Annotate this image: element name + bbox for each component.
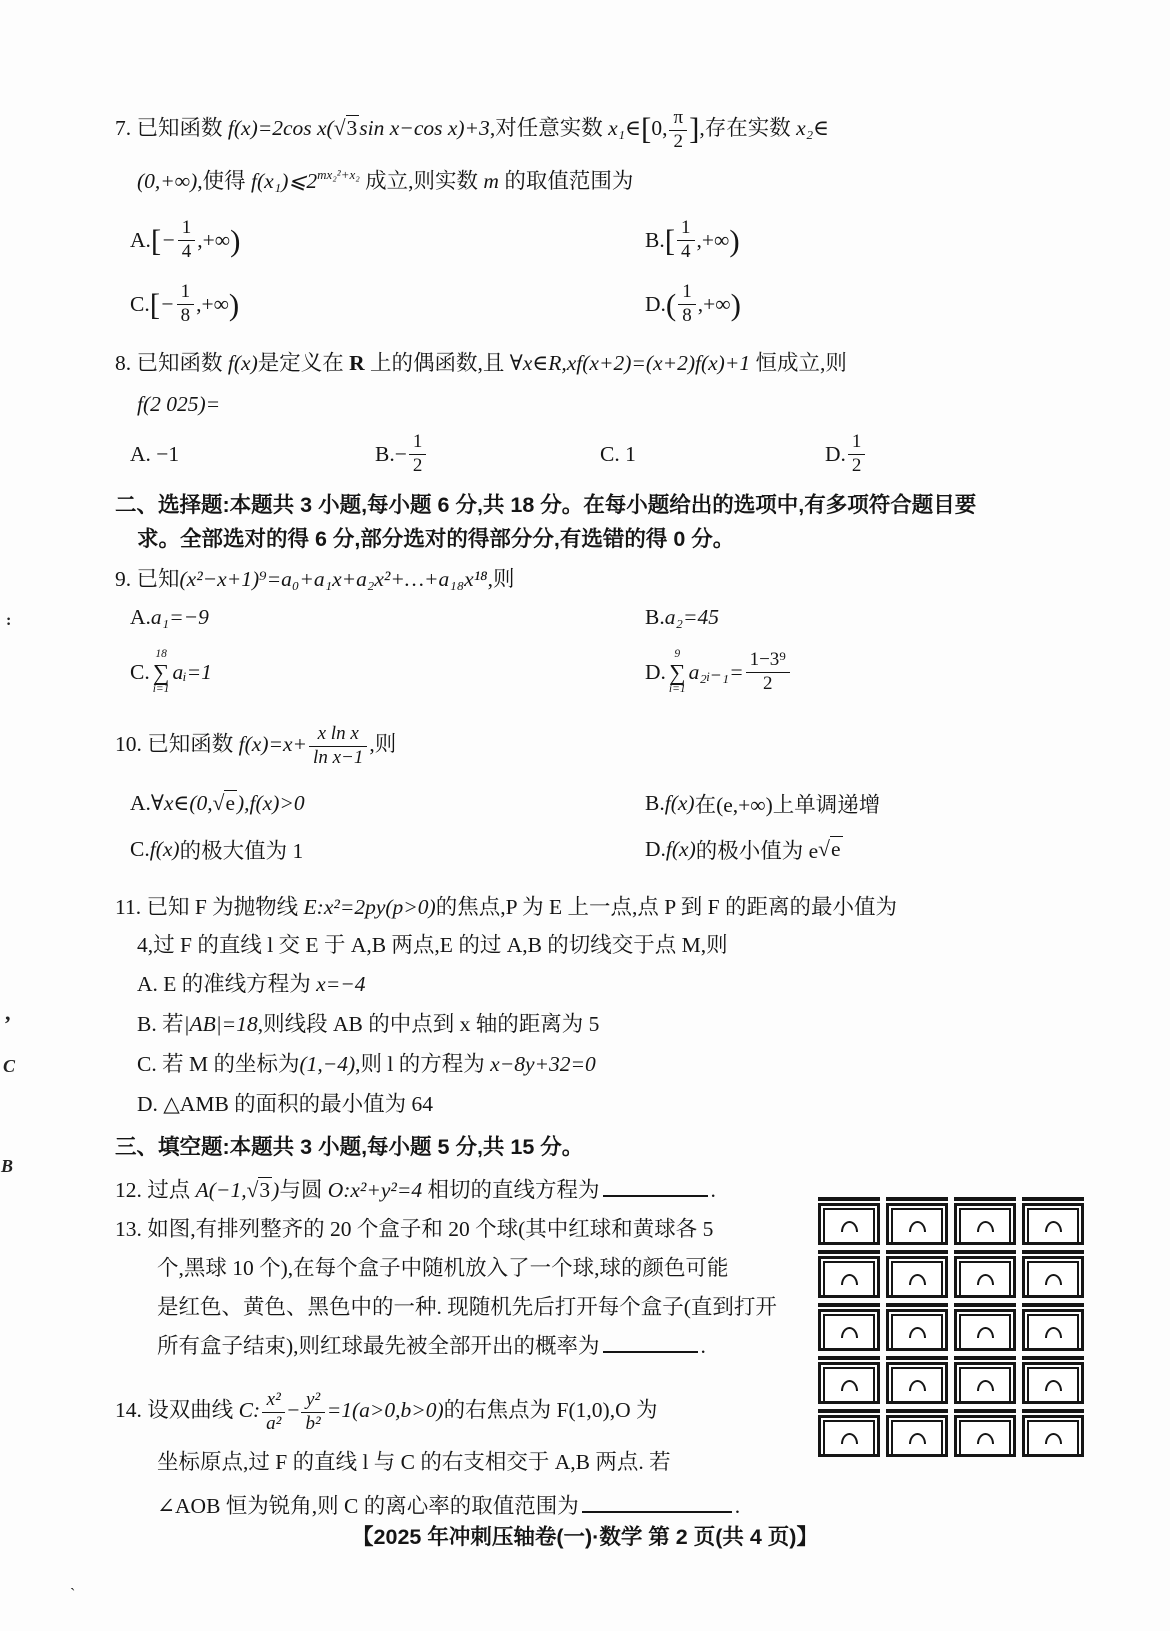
option-b: B. a₂=45 (645, 598, 1077, 636)
box-handle-icon (1045, 1327, 1062, 1338)
q13-line-3: 是红色、黄色、黑色中的一种. 现随机先后打开每个盒子(直到打开 (157, 1288, 835, 1327)
drawer-box (818, 1197, 880, 1245)
formula-run: (x²−x+1)⁹=a₀+a₁x+a₂x²+…+a₁₈x¹⁸ (180, 567, 488, 591)
text-run: 是定义在 (258, 351, 349, 375)
section-header: 三、填空题:本题共 3 小题,每小题 5 分,共 15 分。 (115, 1130, 1077, 1164)
fraction: 12 (848, 432, 866, 476)
denominator: b² (301, 1413, 324, 1435)
formula-run: ∀x∈(0, (151, 791, 213, 816)
text-run: 在(e,+∞)上单调递增 (695, 788, 881, 819)
numerator: 1 (677, 218, 695, 241)
fraction: y²b² (301, 1390, 324, 1434)
text-run: ∠AOB 恒为锐角,则 C 的离心率的取值范围为 (157, 1494, 579, 1518)
right-bracket: ) (731, 289, 741, 320)
text-run: 相切的直线方程为 (422, 1178, 599, 1202)
box-inner (1027, 1420, 1079, 1456)
section-header-line-2: 求。全部选对的得 6 分,部分选对的得部分分,有选错的得 0 分。 (137, 522, 1077, 556)
text-run: 12. 过点 (115, 1178, 196, 1202)
q9-options-ab: A. a₁=−9 B. a₂=45 (130, 598, 1077, 636)
box-lid (886, 1250, 948, 1254)
margin-mark-letter-b: B (1, 1156, 13, 1177)
fraction: π2 (669, 108, 687, 152)
fraction: 18 (177, 282, 195, 326)
left-bracket: [ (150, 289, 160, 320)
text-run: 7. 已知函数 (115, 116, 228, 140)
option-b: B. f(x)在(e,+∞)上单调递增 (645, 780, 1077, 826)
box-lid (818, 1250, 880, 1254)
option-c: C. 1 (600, 426, 825, 482)
box-lid (954, 1197, 1016, 1201)
box-lid (954, 1303, 1016, 1307)
drawer-box (954, 1409, 1016, 1457)
box-inner (959, 1261, 1011, 1297)
box-lid (818, 1409, 880, 1413)
sum-lower-limit: i=1 (153, 684, 170, 696)
radical-sign: √ (818, 837, 830, 861)
denominator: 2 (746, 673, 790, 695)
numerator: x ln x (309, 724, 367, 747)
question-10: 10. 已知函数 f(x)=x+x ln xln x−1,则 A. ∀x∈(0,… (115, 714, 1077, 872)
question-11: 11. 已知 F 为抛物线 E:x²=2py(p>0)的焦点,P 为 E 上一点… (115, 888, 1077, 1124)
box-lid (1022, 1409, 1084, 1413)
text-run: ,+∞ (197, 228, 230, 253)
denominator: ln x−1 (309, 747, 367, 769)
sqrt-radical: √3 (247, 1177, 273, 1202)
box-body (886, 1309, 948, 1351)
option-text: A. −1 (130, 442, 179, 467)
drawer-box (886, 1197, 948, 1245)
box-lid (886, 1303, 948, 1307)
option-label: D. (645, 837, 666, 862)
box-inner (823, 1314, 875, 1350)
sigma-symbol: ∑ (153, 661, 169, 684)
option-c: C. 18∑i=1aᵢ=1 (130, 636, 645, 708)
formula-run: aᵢ=1 (172, 660, 211, 685)
margin-mark-letter-c: C (3, 1056, 15, 1077)
box-body (886, 1256, 948, 1298)
q9-options-cd: C. 18∑i=1aᵢ=1 D. 9∑i=1a₂ᵢ₋₁=1−3⁹2 (130, 636, 1077, 708)
option-a: A. a₁=−9 (130, 598, 645, 636)
answer-blank (582, 1491, 732, 1513)
text-run: 9. 已知 (115, 567, 180, 591)
drawer-box (886, 1303, 948, 1351)
minus-sign: − (287, 1398, 299, 1422)
text-run: C. 若 M 的坐标为 (137, 1052, 299, 1076)
q14-line-1: 14. 设双曲线 C:x²a²−y²b²=1(a>0,b>0)的右焦点为 F(1… (115, 1380, 793, 1440)
box-body (886, 1415, 948, 1457)
text-run: ,则 (488, 567, 515, 591)
drawer-box (818, 1303, 880, 1351)
box-body (954, 1203, 1016, 1245)
formula-run: (1,−4) (299, 1052, 355, 1076)
q10-options-ab: A. ∀x∈(0,√e),f(x)>0 B. f(x)在(e,+∞)上单调递增 (130, 780, 1077, 826)
text-run: ,则 (369, 732, 396, 756)
text-run: ,+∞ (698, 292, 731, 317)
box-handle-icon (841, 1380, 858, 1391)
summation: 9∑i=1 (669, 649, 686, 695)
text-run: 上的偶函数,且 (365, 351, 510, 375)
denominator: 2 (669, 131, 687, 153)
text-run: 所有盒子结束),则红球最先被全部开出的概率为 (157, 1334, 600, 1358)
radicand: 3 (346, 115, 360, 140)
text-run: ,使得 (197, 169, 251, 193)
radicand: e (830, 836, 843, 861)
formula-run: =1(a>0,b>0) (327, 1398, 444, 1422)
formula-run: a₂ᵢ₋₁= (689, 660, 744, 685)
q11-option-c: C. 若 M 的坐标为(1,−4),则 l 的方程为 x−8y+32=0 (137, 1044, 1077, 1084)
box-lid (818, 1356, 880, 1360)
option-label: B. (645, 791, 665, 816)
formula-run: C: (239, 1398, 261, 1422)
option-d: D. 12 (825, 426, 1077, 482)
numerator: 1 (409, 432, 427, 455)
box-inner (1027, 1367, 1079, 1403)
formula-run: x−8y+32=0 (490, 1052, 596, 1076)
q10-options-cd: C. f(x)的极大值为 1 D. f(x)的极小值为 e√e (130, 826, 1077, 872)
drawer-box (818, 1409, 880, 1457)
box-handle-icon (909, 1221, 926, 1232)
option-label: D. (645, 660, 666, 685)
q11-line-1: 11. 已知 F 为抛物线 E:x²=2py(p>0)的焦点,P 为 E 上一点… (115, 888, 1077, 926)
box-body (1022, 1362, 1084, 1404)
text-run: 11. 已知 F 为抛物线 (115, 895, 304, 919)
box-body (954, 1256, 1016, 1298)
box-handle-icon (841, 1221, 858, 1232)
text-run: 与圆 (279, 1178, 327, 1202)
option-label: A. (130, 605, 151, 630)
numerator: 1 (678, 282, 696, 305)
box-lid (886, 1409, 948, 1413)
right-bracket: ) (229, 289, 239, 320)
text-run: 8. 已知函数 (115, 351, 228, 375)
text-run: . (735, 1494, 740, 1518)
box-handle-icon (1045, 1274, 1062, 1285)
box-body (954, 1309, 1016, 1351)
formula-run: f(x)=2cos x( (228, 116, 334, 140)
section-fill-blank: 三、填空题:本题共 3 小题,每小题 5 分,共 15 分。 (115, 1130, 1077, 1164)
option-label: A. (130, 228, 151, 253)
box-body (818, 1309, 880, 1351)
formula-run: E:x²=2py(p>0) (304, 895, 436, 919)
formula-run: f(x) (666, 837, 696, 862)
box-lid (886, 1197, 948, 1201)
option-a: A. ∀x∈(0,√e),f(x)>0 (130, 780, 645, 826)
numerator: x² (262, 1390, 285, 1413)
drawer-box (1022, 1303, 1084, 1351)
right-bracket: ) (230, 225, 240, 256)
box-handle-icon (909, 1380, 926, 1391)
margin-mark-comma: , (5, 1000, 11, 1026)
text-run: 的极大值为 1 (180, 834, 304, 865)
box-body (1022, 1203, 1084, 1245)
q11-option-d: D. △AMB 的面积的最小值为 64 (137, 1084, 1077, 1124)
text-run: ,+∞ (196, 292, 229, 317)
radical-sign: √ (213, 791, 225, 815)
question-7: 7. 已知函数 f(x)=2cos x(√3sin x−cos x)+3,对任意… (115, 100, 1077, 336)
box-body (1022, 1415, 1084, 1457)
q13-line-4: 所有盒子结束),则红球最先被全部开出的概率为. (157, 1327, 835, 1366)
box-lid (1022, 1197, 1084, 1201)
option-a: A. [−14,+∞) (130, 208, 645, 272)
numerator: 1 (178, 218, 196, 241)
drawer-box (886, 1250, 948, 1298)
box-inner (823, 1261, 875, 1297)
text-run: . (711, 1178, 716, 1202)
option-label: D. (825, 442, 846, 467)
box-handle-icon (1045, 1380, 1062, 1391)
q13-line-1: 13. 如图,有排列整齐的 20 个盒子和 20 个球(其中红球和黄球各 5 (115, 1210, 793, 1249)
box-handle-icon (1045, 1221, 1062, 1232)
text-run: ,则 l 的方程为 (355, 1052, 490, 1076)
sum-upper-limit: 18 (155, 649, 167, 661)
option-label: C. (130, 837, 150, 862)
sqrt-radical: √e (213, 791, 237, 816)
right-bracket: ) (729, 225, 739, 256)
boxes-figure (818, 1197, 1084, 1457)
option-c: C. f(x)的极大值为 1 (130, 826, 645, 872)
box-handle-icon (977, 1221, 994, 1232)
sign: − (395, 442, 407, 467)
q11-line-2: 4,过 F 的直线 l 交 E 于 A,B 两点,E 的过 A,B 的切线交于点… (137, 926, 1077, 964)
box-handle-icon (909, 1433, 926, 1444)
box-handle-icon (977, 1380, 994, 1391)
left-bracket: [ (641, 111, 651, 146)
margin-mark-tick: ` (70, 1586, 75, 1604)
option-label: B. (645, 605, 665, 630)
formula-run: A(−1, (196, 1178, 247, 1202)
box-lid (1022, 1356, 1084, 1360)
box-inner (959, 1367, 1011, 1403)
formula-run: O:x²+y²=4 (328, 1178, 422, 1202)
sign: − (160, 292, 175, 317)
box-body (886, 1203, 948, 1245)
box-body (818, 1415, 880, 1457)
drawer-box (1022, 1197, 1084, 1245)
formula-run: ),f(x)>0 (237, 791, 305, 816)
formula-run: x₁∈ (608, 116, 641, 140)
box-inner (823, 1367, 875, 1403)
answer-blank (603, 1331, 698, 1353)
left-bracket: [ (151, 225, 161, 256)
box-body (1022, 1256, 1084, 1298)
text-run: ,存在实数 (699, 116, 796, 140)
option-label: C. (130, 660, 150, 685)
box-handle-icon (977, 1327, 994, 1338)
text-run: 的焦点,P 为 E 上一点,点 P 到 F 的距离的最小值为 (436, 895, 897, 919)
option-d: D. 9∑i=1a₂ᵢ₋₁=1−3⁹2 (645, 636, 1077, 708)
text-run: 成立,则实数 (360, 169, 484, 193)
q8-line-2: f(2 025)= (137, 382, 1077, 426)
option-a: A. −1 (130, 426, 375, 482)
formula-run: R (349, 351, 365, 375)
box-lid (818, 1197, 880, 1201)
text-run: ,对任意实数 (490, 116, 608, 140)
denominator: 2 (409, 455, 427, 477)
text-run: 的取值范围为 (499, 169, 633, 193)
text-run: A. E 的准线方程为 (137, 972, 316, 996)
sigma-symbol: ∑ (669, 661, 685, 684)
fraction: x²a² (262, 1390, 285, 1434)
section-header-line-1: 二、选择题:本题共 3 小题,每小题 6 分,共 18 分。在每小题给出的选项中… (115, 488, 1077, 522)
formula-run: f(x) (665, 791, 695, 816)
text-run: 的极小值为 e (696, 834, 818, 865)
box-inner (891, 1208, 943, 1244)
summation: 18∑i=1 (153, 649, 170, 695)
box-inner (823, 1208, 875, 1244)
drawer-box (886, 1409, 948, 1457)
q8-options: A. −1 B. −12 C. 1 D. 12 (130, 426, 1077, 482)
text-run: . (701, 1334, 706, 1358)
box-handle-icon (841, 1274, 858, 1285)
option-label: B. (645, 228, 665, 253)
q9-line-1: 9. 已知(x²−x+1)⁹=a₀+a₁x+a₂x²+…+a₁₈x¹⁸,则 (115, 560, 1077, 598)
box-inner (959, 1314, 1011, 1350)
drawer-box (954, 1356, 1016, 1404)
option-d: D. f(x)的极小值为 e√e (645, 826, 1077, 872)
option-d: D. (18,+∞) (645, 272, 1077, 336)
radical-sign: √ (334, 116, 346, 140)
drawer-box (886, 1356, 948, 1404)
box-inner (959, 1208, 1011, 1244)
box-inner (1027, 1208, 1079, 1244)
numerator: 1 (848, 432, 866, 455)
fraction: 12 (409, 432, 427, 476)
box-inner (1027, 1261, 1079, 1297)
box-lid (954, 1409, 1016, 1413)
numerator: y² (301, 1390, 324, 1413)
sum-upper-limit: 9 (674, 649, 680, 661)
drawer-box (818, 1356, 880, 1404)
box-inner (891, 1367, 943, 1403)
answer-blank (603, 1175, 708, 1197)
option-label: B. (375, 442, 395, 467)
sum-lower-limit: i=1 (669, 684, 686, 696)
text-run: 恒成立,则 (750, 351, 847, 375)
drawer-box (1022, 1356, 1084, 1404)
box-body (818, 1203, 880, 1245)
denominator: a² (262, 1413, 285, 1435)
drawer-box (954, 1250, 1016, 1298)
formula-run: sin x−cos x)+3 (359, 116, 490, 140)
box-handle-icon (841, 1327, 858, 1338)
radical-sign: √ (247, 1178, 259, 1202)
denominator: 4 (178, 241, 196, 263)
box-lid (954, 1250, 1016, 1254)
box-handle-icon (909, 1327, 926, 1338)
formula-run: a₂=45 (665, 605, 719, 630)
left-bracket: [ (665, 225, 675, 256)
box-inner (891, 1261, 943, 1297)
q7-line-1: 7. 已知函数 f(x)=2cos x(√3sin x−cos x)+3,对任意… (115, 100, 1077, 156)
exam-page: : , C B ` 7. 已知函数 f(x)=2cos x(√3sin x−co… (0, 0, 1170, 1631)
denominator: 8 (678, 305, 696, 327)
formula-run: 0, (651, 116, 667, 140)
fraction: x ln xln x−1 (309, 724, 367, 768)
option-label: C. (130, 292, 150, 317)
option-b: B. −12 (375, 426, 600, 482)
formula-run: x=−4 (316, 972, 365, 996)
text-run: 的右焦点为 F(1,0),O 为 (444, 1398, 658, 1422)
drawer-box (1022, 1409, 1084, 1457)
sign: − (161, 228, 176, 253)
numerator: π (669, 108, 687, 131)
q10-line-1: 10. 已知函数 f(x)=x+x ln xln x−1,则 (115, 714, 1077, 774)
formula-run: (0,+∞) (137, 169, 197, 193)
box-lid (1022, 1250, 1084, 1254)
box-inner (891, 1314, 943, 1350)
sqrt-radical: √e (818, 837, 842, 862)
box-handle-icon (977, 1433, 994, 1444)
text-run: 10. 已知函数 (115, 732, 239, 756)
denominator: 2 (848, 455, 866, 477)
left-bracket: ( (666, 289, 676, 320)
q11-option-a: A. E 的准线方程为 x=−4 (137, 964, 1077, 1004)
box-inner (823, 1420, 875, 1456)
formula-run: a₁=−9 (151, 605, 209, 630)
box-handle-icon (909, 1274, 926, 1285)
radicand: 3 (258, 1177, 272, 1202)
box-inner (1027, 1314, 1079, 1350)
box-inner (959, 1420, 1011, 1456)
formula-run: f(x)=x+ (239, 732, 307, 756)
q11-option-b: B. 若|AB|=18,则线段 AB 的中点到 x 轴的距离为 5 (137, 1004, 1077, 1044)
numerator: 1−3⁹ (746, 650, 790, 673)
radicand: e (224, 790, 237, 815)
text-run: 14. 设双曲线 (115, 1398, 239, 1422)
q13-line-2: 个,黑球 10 个),在每个盒子中随机放入了一个球,球的颜色可能 (157, 1249, 835, 1288)
formula-run: ∀x∈R,xf(x+2)=(x+2)f(x)+1 (510, 351, 750, 375)
question-9: 9. 已知(x²−x+1)⁹=a₀+a₁x+a₂x²+…+a₁₈x¹⁸,则 A.… (115, 560, 1077, 708)
box-handle-icon (1045, 1433, 1062, 1444)
formula-run: m (483, 169, 499, 193)
q7-line-2: (0,+∞),使得 f(x₁)⩽2mx₂²+x₂ 成立,则实数 m 的取值范围为 (137, 156, 1077, 200)
box-lid (818, 1303, 880, 1307)
sqrt-radical: √3 (334, 115, 360, 140)
box-body (818, 1362, 880, 1404)
text-run: B. 若 (137, 1012, 184, 1036)
formula-run: f(x₁)⩽2 (251, 169, 317, 193)
drawer-box (954, 1197, 1016, 1245)
option-b: B. [14,+∞) (645, 208, 1077, 272)
text-run: ,+∞ (697, 228, 730, 253)
option-text: C. 1 (600, 442, 636, 467)
exponent: mx₂²+x₂ (317, 167, 360, 182)
box-body (886, 1362, 948, 1404)
box-inner (891, 1420, 943, 1456)
question-8: 8. 已知函数 f(x)是定义在 R 上的偶函数,且 ∀x∈R,xf(x+2)=… (115, 344, 1077, 482)
box-lid (886, 1356, 948, 1360)
box-lid (954, 1356, 1016, 1360)
box-handle-icon (977, 1274, 994, 1285)
box-body (954, 1415, 1016, 1457)
option-label: D. (645, 292, 666, 317)
margin-mark-colon: : (6, 612, 11, 630)
q8-line-1: 8. 已知函数 f(x)是定义在 R 上的偶函数,且 ∀x∈R,xf(x+2)=… (115, 344, 1077, 382)
fraction: 14 (178, 218, 196, 262)
page-footer: 【2025 年冲刺压轴卷(一)·数学 第 2 页(共 4 页)】 (352, 1520, 818, 1551)
text-run: ,则线段 AB 的中点到 x 轴的距离为 5 (258, 1012, 600, 1036)
fraction: 18 (678, 282, 696, 326)
box-body (954, 1362, 1016, 1404)
denominator: 4 (677, 241, 695, 263)
box-body (818, 1256, 880, 1298)
formula-run: f(x) (228, 351, 258, 375)
box-body (1022, 1309, 1084, 1351)
q14-line-2: 坐标原点,过 F 的直线 l 与 C 的右支相交于 A,B 两点. 若 (157, 1440, 835, 1484)
box-lid (1022, 1303, 1084, 1307)
section-multi-choice: 二、选择题:本题共 3 小题,每小题 6 分,共 18 分。在每小题给出的选项中… (115, 488, 1077, 556)
drawer-box (954, 1303, 1016, 1351)
